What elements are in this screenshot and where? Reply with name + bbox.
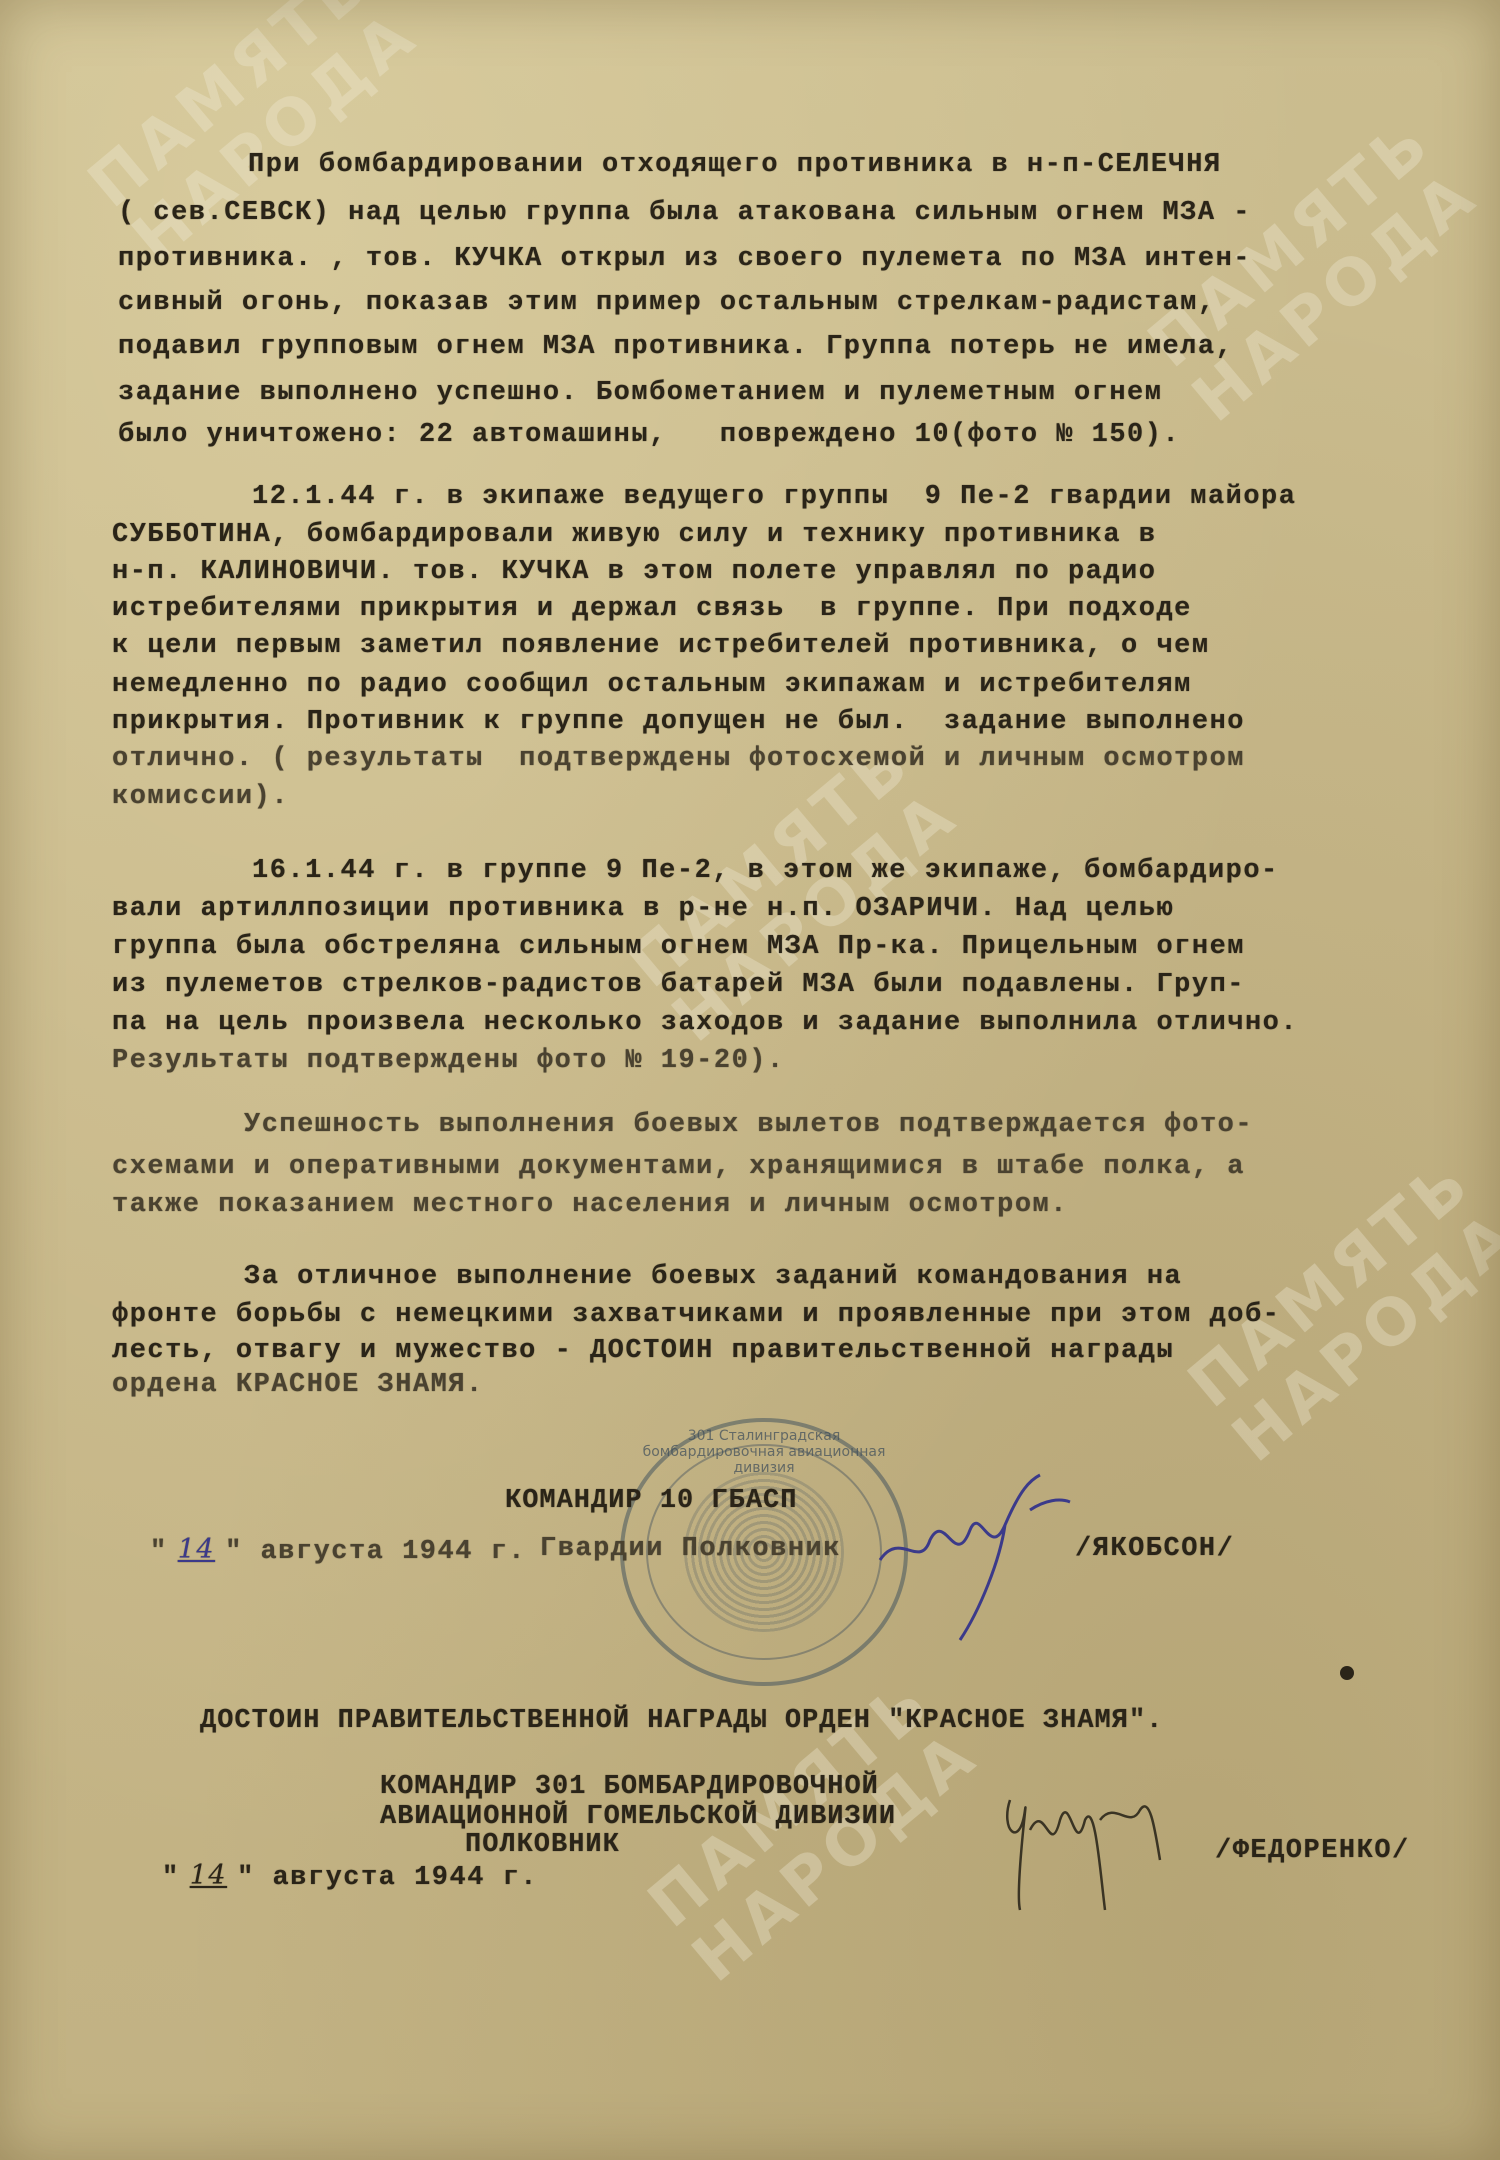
paragraph-2-line: СУББОТИНА, бомбардировали живую силу и т… [112, 520, 1156, 550]
paragraph-1-line: подавил групповым огнем МЗА противника. … [118, 332, 1233, 362]
commander-name-2: /ФЕДОРЕНКО/ [1215, 1836, 1410, 1866]
paragraph-1-line: противника. , тов. КУЧКА открыл из своег… [118, 244, 1251, 274]
date-day-handwritten: 14 [168, 1534, 225, 1565]
paragraph-2-line: прикрытия. Противник к группе допущен не… [112, 707, 1245, 737]
commander-title: КОМАНДИР 10 ГБАСП [505, 1486, 797, 1516]
paragraph-2-line: комиссии). [112, 782, 289, 812]
paragraph-2-line: н-п. КАЛИНОВИЧИ. тов. КУЧКА в этом полет… [112, 557, 1156, 587]
award-conclusion-text: ДОСТОИН ПРАВИТЕЛЬСТВЕННОЙ НАГРАДЫ ОРДЕН … [200, 1706, 1163, 1736]
commander-rank: Гвардии Полковник [540, 1534, 841, 1564]
paragraph-2-line: немедленно по радио сообщил остальным эк… [112, 670, 1192, 700]
paragraph-2-line: отлично. ( результаты подтверждены фотос… [112, 744, 1245, 774]
division-commander-title: КОМАНДИР 301 БОМБАРДИРОВОЧНОЙ [380, 1772, 879, 1802]
paragraph-2-line: 12.1.44 г. в экипаже ведущего группы 9 П… [252, 482, 1296, 512]
paper-hole [1340, 1666, 1354, 1680]
paragraph-1-line: ( сев.СЕВСК) над целью группа была атако… [118, 198, 1251, 228]
paragraph-2-line: к цели первым заметил появление истребит… [112, 631, 1210, 661]
division-commander-title: АВИАЦИОННОЙ ГОМЕЛЬСКОЙ ДИВИЗИИ [380, 1802, 896, 1832]
commander-name-1: /ЯКОБСОН/ [1075, 1534, 1234, 1564]
date-day-handwritten: 14 [180, 1860, 237, 1891]
paragraph-4-line: также показанием местного населения и ли… [112, 1190, 1068, 1220]
paragraph-3-line: вали артиллпозиции противника в р-не н.п… [112, 894, 1174, 924]
date-line-1: "14" августа 1944 г. [150, 1534, 526, 1567]
paragraph-1-line: было уничтожено: 22 автомашины, поврежде… [118, 420, 1180, 450]
paragraph-1-line: задание выполнено успешно. Бомбометанием… [118, 378, 1162, 408]
paragraph-3-line: Результаты подтверждены фото № 19-20). [112, 1046, 785, 1076]
paragraph-3-line: 16.1.44 г. в группе 9 Пе-2, в этом же эк… [252, 856, 1279, 886]
paragraph-3-line: па на цель произвела несколько заходов и… [112, 1008, 1298, 1038]
paragraph-1-line: При бомбардировании отходящего противник… [248, 150, 1222, 180]
paragraph-5-line: фронте борьбы с немецкими захватчиками и… [112, 1300, 1280, 1330]
paragraph-3-line: группа была обстреляна сильным огнем МЗА… [112, 932, 1245, 962]
date-line-2: "14" августа 1944 г. [162, 1860, 538, 1893]
paragraph-5-line: лесть, отвагу и мужество - ДОСТОИН прави… [112, 1336, 1174, 1366]
paragraph-5-line: ордена КРАСНОЕ ЗНАМЯ. [112, 1370, 484, 1400]
paragraph-5-line: За отличное выполнение боевых заданий ко… [244, 1262, 1182, 1292]
handwritten-signature-2 [990, 1770, 1190, 1930]
paragraph-2-line: истребителями прикрытия и держал связь в… [112, 594, 1192, 624]
paragraph-4-line: схемами и оперативными документами, хран… [112, 1152, 1245, 1182]
division-commander-rank: ПОЛКОВНИК [465, 1830, 620, 1860]
paragraph-3-line: из пулеметов стрелков-радистов батарей М… [112, 970, 1245, 1000]
handwritten-signature-1 [860, 1470, 1080, 1650]
seal-text: 301 Сталинградская бомбардировочная авиа… [624, 1428, 904, 1476]
paragraph-4-line: Успешность выполнения боевых вылетов под… [244, 1110, 1253, 1140]
paragraph-1-line: сивный огонь, показав этим пример осталь… [118, 288, 1216, 318]
